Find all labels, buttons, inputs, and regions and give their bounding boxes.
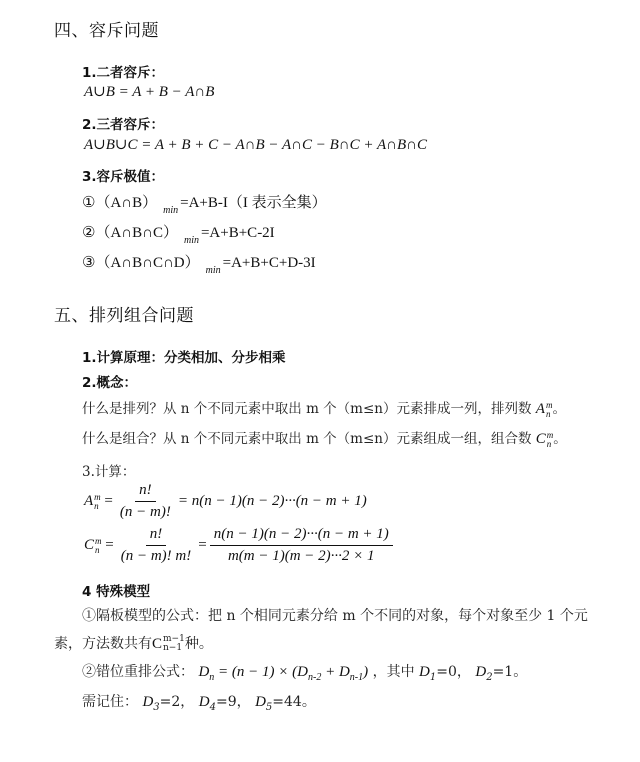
heading-extreme: 3.容斥极值：	[82, 165, 164, 185]
heading-concept: 2.概念：	[82, 371, 137, 391]
marker: ③	[82, 255, 95, 271]
subscript-min: min	[163, 205, 178, 216]
heading-three-set: 2.三者容斥：	[82, 113, 164, 133]
subscript-min: min	[184, 235, 199, 246]
heading-calculation: 3.计算：	[82, 460, 135, 480]
formula-two-set: A∪B = A + B − A∩B	[84, 82, 214, 101]
extreme-line-1: ①（A∩B）min=A+B-I（I 表示全集）	[82, 191, 327, 212]
marker: ①	[82, 195, 95, 211]
section-title-permutation-combination: 五、排列组合问题	[54, 301, 194, 326]
partition-model-line1: ①隔板模型的公式：把 n 个相同元素分给 m 个不同的对象，每个对象至少 1 个…	[82, 605, 588, 625]
extreme-line-2: ②（A∩B∩C）min=A+B+C-2I	[82, 221, 275, 242]
concept-permutation: 什么是排列？从 n 个不同元素中取出 m 个（m≤n）元素排成一列，排列数 Am…	[82, 397, 566, 419]
rhs: =A+B+C+D-3I	[223, 255, 316, 271]
heading-counting-principle: 1.计算原理：分类相加、分步相乘	[82, 346, 286, 366]
formula-three-set: A∪B∪C = A + B + C − A∩B − A∩C − B∩C + A∩…	[84, 135, 427, 154]
section-title-inclusion-exclusion: 四、容斥问题	[54, 16, 159, 41]
expr: （A∩B）	[95, 195, 157, 211]
formula-permutation: Amn = n!(n − m)! = n(n − 1)(n − 2)···(n …	[84, 482, 367, 521]
derangement-formula-line: ②错位重排公式： Dn = (n − 1) × (Dn-2 + Dn-1) ，其…	[82, 661, 527, 683]
formula-combination: Cmn = n!(n − m)! m! = n(n − 1)(n − 2)···…	[84, 526, 396, 565]
heading-two-set: 1.二者容斥：	[82, 61, 164, 81]
subscript-min: min	[206, 265, 221, 276]
expr: （A∩B∩C∩D）	[95, 255, 199, 271]
marker: ②	[82, 225, 95, 241]
comb-symbol: Cmn	[536, 431, 554, 447]
memorize-line: 需记住： D3=2， D4=9， D5=44。	[82, 691, 316, 713]
heading-special-models: 4 特殊模型	[82, 580, 150, 600]
perm-symbol: Amn	[536, 401, 553, 417]
expr: （A∩B∩C）	[95, 225, 178, 241]
rhs: =A+B-I（I 表示全集）	[180, 195, 327, 211]
concept-combination: 什么是组合？从 n 个不同元素中取出 m 个（m≤n）元素组成一组，组合数 Cm…	[82, 427, 567, 449]
extreme-line-3: ③（A∩B∩C∩D）min=A+B+C+D-3I	[82, 251, 316, 272]
rhs: =A+B+C-2I	[201, 225, 275, 241]
partition-model-line2: 素，方法数共有Cm−1n−1种。	[54, 633, 213, 653]
